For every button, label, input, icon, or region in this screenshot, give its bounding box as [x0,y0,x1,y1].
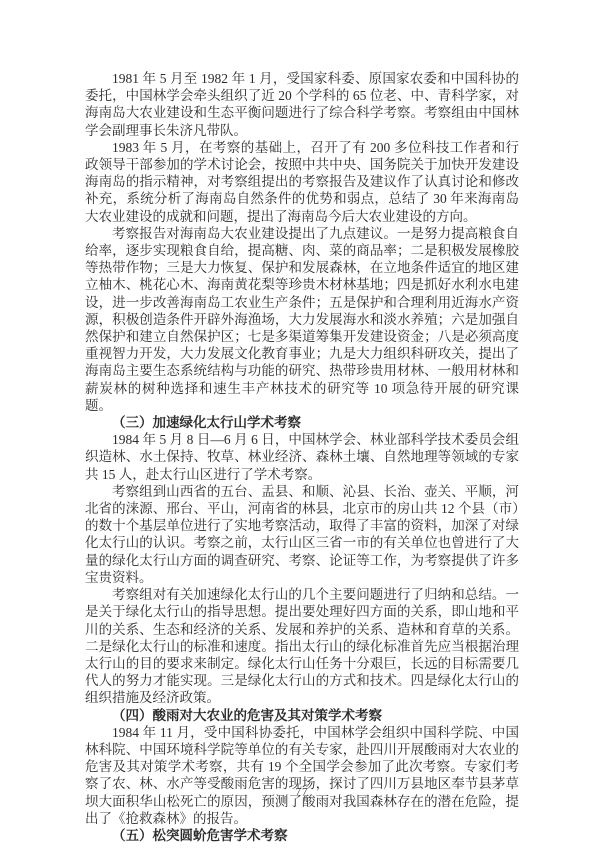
document-page: 1981 年 5 月至 1982 年 1 月，受国家科委、原国家农委和中国科协的… [0,0,600,848]
paragraph: 1984 年 5 月 8 日—6 月 6 日，中国林学会、林业部科学技术委员会组… [85,431,519,483]
paragraph: 1984 年 11 月，受中国科协委托，中国林学会组织中国科学院、中国林科院、中… [85,724,519,827]
page-number: 77 [85,786,519,798]
section-heading: （四）酸雨对大农业的危害及其对策学术考察 [85,707,519,724]
paragraph: 考察组对有关加速绿化太行山的几个主要问题进行了归纳和总结。一是关于绿化太行山的指… [85,586,519,706]
paragraph: 1981 年 5 月至 1982 年 1 月，受国家科委、原国家农委和中国科协的… [85,70,519,139]
paragraph: 1983 年 5 月，在考察的基础上，召开了有 200 多位科技工作者和行政领导… [85,139,519,225]
section-heading: （五）松突圆蚧危害学术考察 [85,827,519,844]
section-heading: （三）加速绿化太行山学术考察 [85,414,519,431]
paragraph: 考察组到山西省的五台、盂县、和顺、沁县、长治、壶关、平顺，河北省的涞源、邢台、平… [85,483,519,586]
text-block: 1981 年 5 月至 1982 年 1 月，受国家科委、原国家农委和中国科协的… [85,70,519,844]
paragraph: 考察报告对海南岛大农业建设提出了九点建议。一是努力提高粮食自给率，逐步实现粮食自… [85,225,519,414]
